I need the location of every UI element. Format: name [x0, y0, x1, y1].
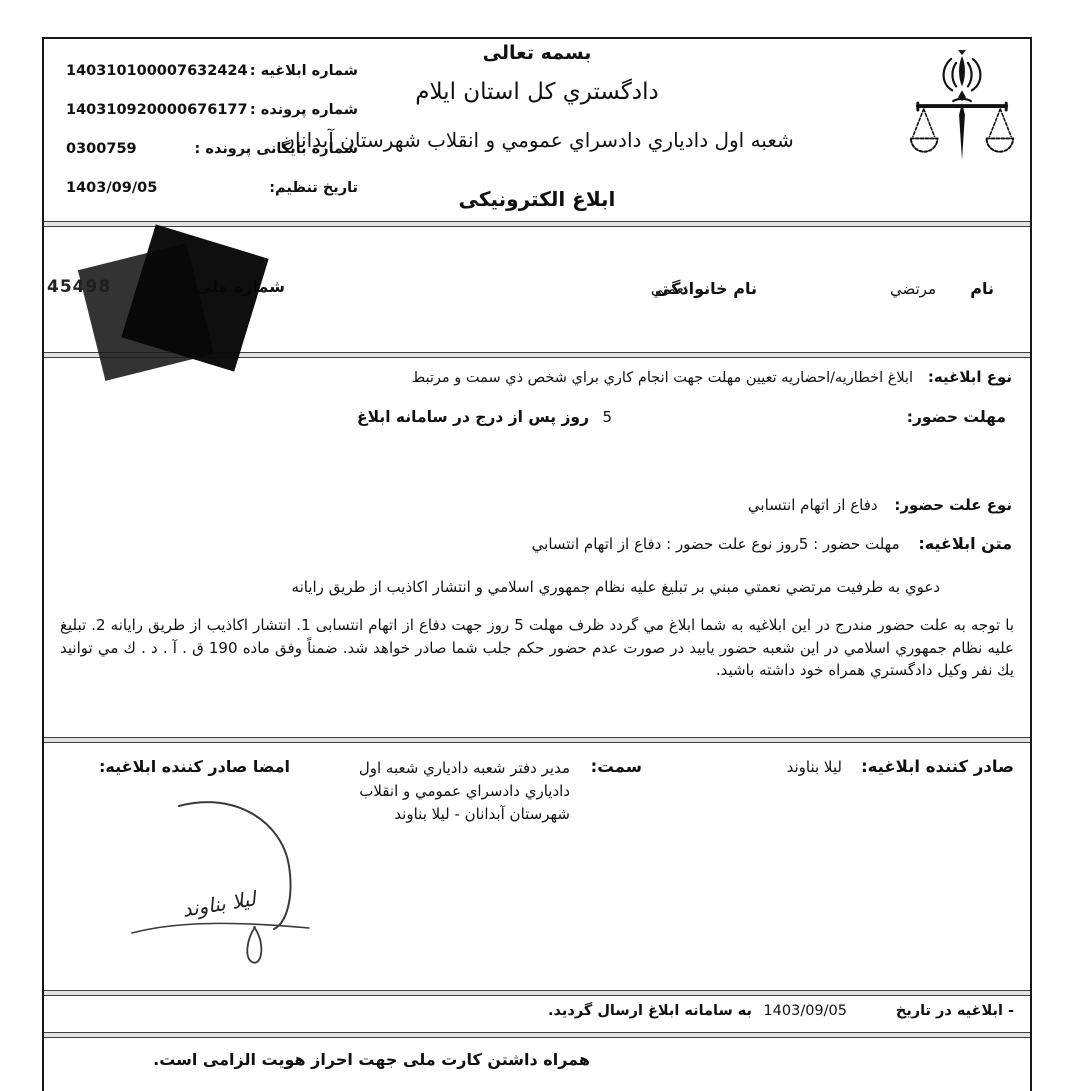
electronic-notice-document: شماره ابلاغیه : 140310100007632424 شماره…	[0, 0, 1080, 1091]
position-label: سمت:	[591, 757, 642, 776]
signature-label: امضا صادر کننده ابلاغیه:	[99, 757, 290, 776]
divider	[44, 221, 1030, 227]
sent-row: - ابلاغیه در تاریخ 1403/09/05 به سامانه …	[44, 994, 1030, 1032]
first-name-value: مرتضي	[890, 280, 936, 298]
deadline-suffix: روز پس از درج در سامانه ابلاغ	[357, 408, 589, 426]
signature-name-text: لیلا بناوند	[181, 886, 261, 922]
sent-prefix: - ابلاغیه در تاریخ	[896, 1003, 1014, 1019]
document-type-title: ابلاغ الکترونیکی	[44, 187, 1030, 211]
divider	[44, 990, 1030, 996]
notice-type-line: نوع ابلاغیه: ابلاغ اخطاریه/احضاریه تعیین…	[412, 368, 1012, 386]
organization-title: دادگستري کل استان ایلام	[44, 79, 1030, 105]
notice-number-value: 140310100007632424	[66, 61, 248, 81]
issuer-name: لیلا بناوند	[787, 758, 842, 776]
sent-date: 1403/09/05	[763, 1003, 847, 1019]
deadline-label: مهلت حضور:	[907, 408, 1006, 426]
notice-section: نوع ابلاغیه: ابلاغ اخطاریه/احضاریه تعیین…	[44, 356, 1030, 737]
sent-suffix: به سامانه ابلاغ ارسال گردید.	[548, 1003, 752, 1019]
recipient-row: 45498 نام مرتضي نام خانوادگی نعمتي شماره…	[44, 225, 1030, 352]
redaction-stamp	[84, 239, 264, 377]
meta-row-notice-number: شماره ابلاغیه : 140310100007632424	[66, 61, 358, 81]
body-summary: مهلت حضور : 5روز نوع علت حضور : دفاع از …	[532, 535, 900, 553]
deadline-days: 5	[602, 408, 612, 426]
body-summary-line: متن ابلاغیه: مهلت حضور : 5روز نوع علت حض…	[532, 534, 1012, 553]
reason-value: دفاع از اتهام انتسابي	[748, 496, 878, 514]
signature-image: لیلا بناوند	[104, 791, 344, 981]
reason-label: نوع علت حضور:	[894, 496, 1012, 514]
notice-body-paragraph: با توجه به علت حضور مندرج در این ابلاغیه…	[60, 614, 1014, 682]
issuer-section: صادر کننده ابلاغیه: لیلا بناوند سمت: مدی…	[44, 741, 1030, 990]
position-value: مدیر دفتر شعبه دادیاري شعبه اول دادیاري …	[330, 757, 570, 826]
last-name-value: نعمتي	[651, 280, 688, 298]
branch-title: شعبه اول دادیاري دادسراي عمومي و انقلاب …	[237, 127, 837, 153]
judiciary-scales-emblem-icon	[908, 43, 1016, 175]
notice-number-label: شماره ابلاغیه :	[250, 61, 358, 81]
id-note-row: همراه داشتن کارت ملی جهت احراز هویت الزا…	[44, 1036, 1030, 1091]
first-name-label: نام	[970, 279, 994, 298]
bismillah-title: بسمه تعالی	[44, 42, 1030, 64]
issuer-label: صادر کننده ابلاغیه:	[861, 757, 1014, 776]
divider	[44, 1032, 1030, 1038]
issuer-line: صادر کننده ابلاغیه: لیلا بناوند	[787, 757, 1014, 776]
archive-number-value: 0300759	[66, 139, 137, 159]
document-border: شماره ابلاغیه : 140310100007632424 شماره…	[42, 37, 1032, 1091]
case-description-line: دعوي به طرفیت مرتضي نعمتي مبني بر تبلیغ …	[292, 578, 940, 596]
notice-type-value: ابلاغ اخطاریه/احضاریه تعیین مهلت جهت انج…	[412, 370, 913, 386]
id-requirement-note: همراه داشتن کارت ملی جهت احراز هویت الزا…	[153, 1050, 590, 1069]
notice-type-label: نوع ابلاغیه:	[928, 368, 1012, 386]
body-label: متن ابلاغیه:	[918, 534, 1012, 553]
reason-line: نوع علت حضور: دفاع از اتهام انتسابي	[748, 496, 1012, 514]
divider	[44, 737, 1030, 743]
